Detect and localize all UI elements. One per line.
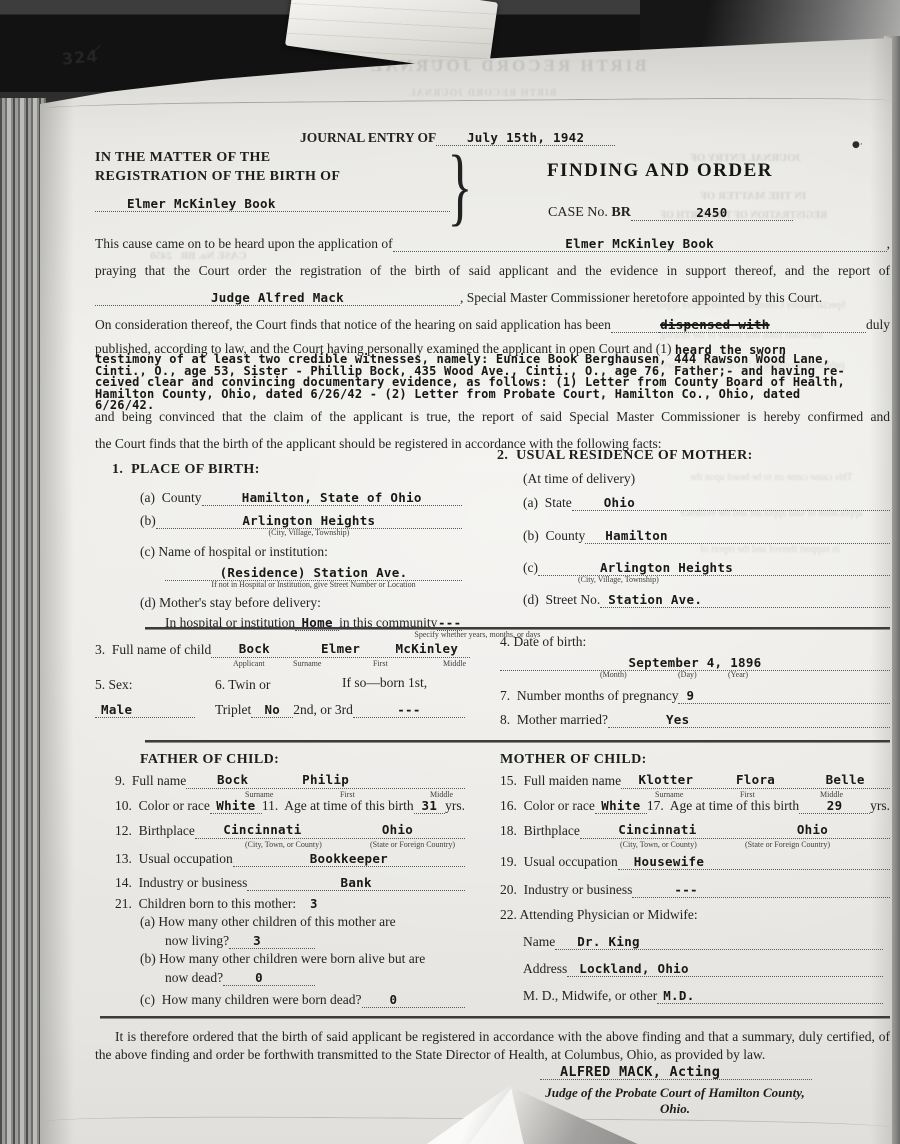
field-father-industry: 14. Industry or business Bank: [115, 873, 465, 891]
ghost-line: This cause came on to be heard upon the: [690, 472, 853, 483]
p1-line: Elmer McKinley Book: [393, 234, 887, 252]
preamble-line1: This cause came on to be heard upon the …: [95, 234, 890, 252]
mother-age-value: 29: [827, 798, 843, 813]
field-mother-name: 15. Full maiden name Klotter Flora Belle…: [500, 771, 890, 789]
child-surname: Bock: [211, 641, 297, 658]
p4-struck-line: dispensed with: [659, 315, 771, 333]
mother-occupation-value: Housewife: [634, 854, 704, 869]
field-sex-value: Male: [95, 700, 195, 718]
applicant-name: Elmer McKinley Book: [127, 196, 276, 211]
divider-rule: [145, 740, 890, 743]
mother-occupation-line: Housewife: [618, 852, 890, 870]
case-number-row: CASE No. BR 2450: [548, 203, 793, 221]
pregnancy-line: 9: [678, 686, 890, 704]
hospital-label: (c) Name of hospital or institution:: [140, 543, 328, 560]
triplet-label: Triplet: [215, 701, 251, 718]
p3-value: Judge Alfred Mack: [211, 290, 344, 305]
hospital-sub: If not in Hospital or Institution, give …: [165, 580, 462, 589]
preamble-line7: the Court finds that the birth of the ap…: [95, 435, 890, 452]
father-birth-city: Cincinnati: [195, 822, 330, 839]
married-line: Yes: [608, 710, 890, 728]
p4-dots2: [771, 315, 866, 333]
p1-comma: ,: [887, 235, 890, 252]
twin-order-value: ---: [397, 702, 420, 717]
field-married: 8. Mother married? Yes: [500, 710, 890, 728]
child-sub-surname: Surname: [293, 659, 321, 668]
mother-race-label: 16. Color or race: [500, 797, 595, 814]
hospital-line: (Residence) Station Ave.If not in Hospit…: [165, 563, 462, 581]
preamble-line4: On consideration thereof, the Court find…: [95, 315, 890, 333]
mother-birth-state: Ohio: [735, 822, 890, 839]
residence-subheading: (At time of delivery): [523, 470, 635, 487]
city-label: (b): [140, 512, 156, 529]
married-value: Yes: [666, 712, 689, 727]
physician-type-label: M. D., Midwife, or other: [523, 987, 657, 1004]
field-children-living: now living? 3: [165, 931, 315, 949]
mother-birth-sub2: (State or Foreign Country): [745, 840, 830, 849]
state-label: (a) State: [523, 494, 572, 511]
child-middle: McKinley: [384, 641, 470, 658]
children-living-line1: (a) How many other children of this moth…: [140, 913, 396, 930]
mother-birthplace-line: Cincinnati Ohio: [580, 821, 890, 839]
father-birthplace-line: Cincinnati Ohio: [195, 821, 465, 839]
father-race-line: White: [210, 796, 262, 814]
res-city-line: Arlington Heights(City, Village, Townshi…: [538, 558, 890, 576]
street-label: (d) Street No.: [523, 591, 600, 608]
case-number-line: 2450: [631, 203, 793, 221]
order-paragraph: It is therefore ordered that the birth o…: [95, 1028, 890, 1064]
physician-address-label: Address: [523, 960, 567, 977]
mother-residence-heading: 2. USUAL RESIDENCE OF MOTHER:: [497, 448, 753, 464]
case-number: 2450: [696, 205, 727, 220]
field-children-dead: now dead? 0: [165, 968, 315, 986]
field-physician-name: Name Dr. King: [523, 932, 883, 950]
signature-line: ALFRED MACK, Acting: [540, 1062, 812, 1080]
mother-name-label: 15. Full maiden name: [500, 772, 621, 789]
city-line: Arlington Heights(City, Village, Townshi…: [156, 511, 462, 529]
mother-age-label: 17. Age at time of this birth: [647, 797, 799, 814]
field-dob: September 4, 1896 (Month) (Day) (Year): [500, 653, 890, 671]
children-living-line: 3: [229, 931, 315, 949]
physician-name-value: Dr. King: [577, 934, 640, 949]
preamble-line3: Judge Alfred Mack , Special Master Commi…: [95, 288, 890, 306]
p1-text: This cause came on to be heard upon the …: [95, 235, 393, 252]
physician-type-value: M.D.: [663, 988, 694, 1003]
place-of-birth-heading: 1. PLACE OF BIRTH:: [112, 462, 260, 478]
child-sub-applicant: Applicant: [233, 659, 265, 668]
county-line: Hamilton, State of Ohio: [202, 488, 463, 506]
mother-birth-sub1: (City, Town, or County): [620, 840, 697, 849]
p4-after: duly: [866, 316, 890, 333]
preamble-line6: and being convinced that the claim of th…: [95, 408, 890, 425]
father-race-label: 10. Color or race: [115, 797, 210, 814]
mother-first: Flora: [711, 772, 801, 789]
field-child-name: 3. Full name of child Bock Elmer McKinle…: [95, 640, 470, 658]
matter-line1: IN THE MATTER OF THE: [95, 150, 271, 166]
born-dead-label: (c) How many children were born dead?: [140, 991, 362, 1008]
mother-industry-line: ---: [632, 880, 890, 898]
children-dead-line: 0: [223, 968, 315, 986]
scanned-journal-page: BIRTH RECORD JOURNAL BIRTH RECORD JOURNA…: [0, 0, 900, 1144]
finding-order-title: FINDING AND ORDER: [525, 160, 795, 182]
dob-line: September 4, 1896 (Month) (Day) (Year): [500, 653, 890, 671]
children-born-value: 3: [310, 897, 317, 911]
res-city-value: Arlington Heights: [600, 560, 733, 575]
child-name-line: Bock Elmer McKinley: [211, 640, 470, 658]
mother-occupation-label: 19. Usual occupation: [500, 853, 618, 870]
father-industry-line: Bank: [247, 873, 465, 891]
state-value: Ohio: [604, 495, 635, 510]
father-age-label: 11. Age at time of this birth: [262, 797, 414, 814]
p4-struck: dispensed with: [660, 317, 770, 332]
physician-name-line: Dr. King: [555, 932, 883, 950]
street-line: Station Ave.: [600, 590, 890, 608]
father-birth-sub1: (City, Town, or County): [245, 840, 322, 849]
dob-sub-day: (Day): [678, 670, 697, 679]
dob-sub-year: (Year): [728, 670, 748, 679]
field-mother-occupation: 19. Usual occupation Housewife: [500, 852, 890, 870]
field-physician-type: M. D., Midwife, or other M.D.: [523, 986, 883, 1004]
pregnancy-label: 7. Number months of pregnancy: [500, 687, 678, 704]
field-city: (b) Arlington Heights(City, Village, Tow…: [140, 511, 462, 529]
ghost-line: IN THE MATTER OF: [700, 190, 806, 202]
typed-testimony-block: testimony of at least two credible witne…: [95, 354, 890, 412]
res-county-value: Hamilton: [605, 528, 668, 543]
field-mother-industry: 20. Industry or business ---: [500, 880, 890, 898]
book-spine-pages: [0, 98, 46, 1144]
journal-entry-label: JOURNAL ENTRY OF: [300, 129, 436, 146]
field-street: (d) Street No. Station Ave.: [523, 590, 890, 608]
applicant-name-line: Elmer McKinley Book: [95, 194, 450, 212]
father-race-value: White: [216, 798, 255, 813]
state-line: Ohio: [572, 493, 890, 511]
preamble-line2: praying that the Court order the registr…: [95, 262, 890, 279]
children-living-value: 3: [253, 933, 261, 948]
mother-middle: Belle: [800, 772, 890, 789]
father-birth-sub2: (State or Foreign Country): [370, 840, 455, 849]
mother-race-line: White: [595, 796, 647, 814]
journal-entry-date: July 15th, 1942: [467, 130, 584, 145]
case-prefix: BR: [611, 204, 630, 221]
married-label: 8. Mother married?: [500, 711, 608, 728]
field-mother-race-age: 16. Color or race White 17. Age at time …: [500, 796, 890, 814]
typed-line: Hamilton County, Ohio, dated 6/26/42 - (…: [95, 389, 890, 401]
father-birth-state: Ohio: [330, 822, 465, 839]
ghost-line: in support thereof and the report of: [700, 544, 840, 555]
field-county: (a) County Hamilton, State of Ohio: [140, 488, 462, 506]
father-middle: [372, 772, 465, 789]
sex-label: 5. Sex:: [95, 676, 133, 693]
father-occupation-value: Bookkeeper: [310, 851, 388, 866]
stay-label: (d) Mother's stay before delivery:: [140, 594, 321, 611]
field-father-name: 9. Full name Bock Philip Surname First M…: [115, 771, 465, 789]
children-dead-label: now dead?: [165, 969, 223, 986]
children-living-label: now living?: [165, 932, 229, 949]
field-twin-value: Triplet No 2nd, or 3rd ---: [215, 700, 465, 718]
twin-order-label2: 2nd, or 3rd: [293, 701, 353, 718]
p3-text: , Special Master Commissioner heretofore…: [460, 289, 822, 306]
field-children-born: 21. Children born to this mother: 3: [115, 895, 465, 912]
physician-type-line: M.D.: [657, 986, 883, 1004]
ghost-subtitle: BIRTH RECORD JOURNAL: [408, 88, 557, 99]
applicant-name-row: Elmer McKinley Book: [95, 194, 450, 212]
children-born-label: 21. Children born to this mother:: [115, 895, 296, 912]
city-sub: (City, Village, Township): [156, 528, 462, 537]
page-number: 324: [61, 46, 99, 68]
field-hospital: (Residence) Station Ave.If not in Hospit…: [165, 563, 462, 581]
matter-line2: REGISTRATION OF THE BIRTH OF: [95, 169, 340, 185]
child-first: Elmer: [297, 641, 383, 658]
street-value: Station Ave.: [608, 592, 702, 607]
born-dead-value: 0: [390, 992, 398, 1007]
father-age-suffix: yrs.: [445, 797, 465, 814]
mother-birth-city: Cincinnati: [580, 822, 735, 839]
twin-order-line: ---: [353, 700, 465, 718]
pregnancy-value: 9: [686, 688, 694, 703]
sex-line: Male: [95, 700, 195, 718]
father-age-line: 31: [414, 796, 446, 814]
p3-line: Judge Alfred Mack: [95, 288, 460, 306]
signature-title: Judge of the Probate Court of Hamilton C…: [530, 1085, 820, 1117]
child-name-label: 3. Full name of child: [95, 641, 211, 658]
field-born-dead: (c) How many children were born dead? 0: [140, 990, 465, 1008]
mother-heading: MOTHER OF CHILD:: [500, 752, 647, 768]
mother-industry-value: ---: [674, 882, 697, 897]
field-state: (a) State Ohio: [523, 493, 890, 511]
father-occupation-line: Bookkeeper: [233, 849, 465, 867]
field-physician-address: Address Lockland, Ohio: [523, 959, 883, 977]
physician-label: 22. Attending Physician or Midwife:: [500, 906, 698, 923]
triplet-line: No: [251, 700, 293, 718]
field-father-race-age: 10. Color or race White 11. Age at time …: [115, 796, 465, 814]
father-age-value: 31: [422, 798, 438, 813]
city-value: Arlington Heights: [242, 513, 375, 528]
father-heading: FATHER OF CHILD:: [140, 752, 279, 768]
physician-address-line: Lockland, Ohio: [567, 959, 883, 977]
p1-value: Elmer McKinley Book: [565, 236, 714, 251]
mother-birthplace-label: 18. Birthplace: [500, 822, 580, 839]
county-label: (a) County: [140, 489, 202, 506]
dob-label: 4. Date of birth:: [500, 633, 586, 650]
mother-surname: Klotter: [621, 772, 711, 789]
father-name-label: 9. Full name: [115, 772, 186, 789]
res-county-label: (b) County: [523, 527, 585, 544]
twin-label: 6. Twin or: [215, 676, 270, 693]
divider-rule: [100, 1016, 890, 1019]
children-dead-value: 0: [255, 970, 263, 985]
signature-row: ALFRED MACK, Acting: [540, 1062, 812, 1080]
field-mother-birthplace: 18. Birthplace Cincinnati Ohio (City, To…: [500, 821, 890, 839]
brace-glyph: }: [447, 135, 472, 236]
triplet-value: No: [264, 702, 280, 717]
ghost-title: BIRTH RECORD JOURNAL: [368, 56, 647, 76]
county-value: Hamilton, State of Ohio: [242, 490, 422, 505]
father-industry-label: 14. Industry or business: [115, 874, 247, 891]
case-label: CASE No.: [548, 204, 611, 221]
mother-age-suffix: yrs.: [870, 797, 890, 814]
dob-sub-month: (Month): [600, 670, 627, 679]
signature-value: ALFRED MACK, Acting: [560, 1064, 720, 1080]
twin-order-label: If so—born 1st,: [342, 674, 427, 691]
mother-race-value: White: [601, 798, 640, 813]
father-birthplace-label: 12. Birthplace: [115, 822, 195, 839]
sex-value: Male: [101, 702, 132, 717]
mother-industry-label: 20. Industry or business: [500, 881, 632, 898]
physician-address-value: Lockland, Ohio: [579, 961, 689, 976]
father-occupation-label: 13. Usual occupation: [115, 850, 233, 867]
field-pregnancy: 7. Number months of pregnancy 9: [500, 686, 890, 704]
mother-age-line: 29: [799, 796, 870, 814]
res-city-sub: (City, Village, Township): [578, 575, 659, 584]
born-dead-line: 0: [362, 990, 465, 1008]
physician-name-label: Name: [523, 933, 555, 950]
father-industry-value: Bank: [341, 875, 372, 890]
field-res-county: (b) County Hamilton: [523, 526, 890, 544]
dob-value: September 4, 1896: [628, 655, 761, 670]
child-sub-first: First: [373, 659, 388, 668]
child-sub-middle: Middle: [443, 659, 466, 668]
p4-dots1: [611, 315, 659, 333]
field-father-birthplace: 12. Birthplace Cincinnati Ohio (City, To…: [115, 821, 465, 839]
ink-mark: ●·: [852, 140, 863, 150]
mother-name-line: Klotter Flora Belle: [621, 771, 890, 789]
field-res-city: (c) Arlington Heights(City, Village, Tow…: [523, 558, 890, 576]
field-father-occupation: 13. Usual occupation Bookkeeper: [115, 849, 465, 867]
p4-text: On consideration thereof, the Court find…: [95, 316, 611, 333]
res-county-line: Hamilton: [585, 526, 890, 544]
divider-rule: [145, 627, 890, 630]
father-name-line: Bock Philip: [186, 771, 465, 789]
father-first: Philip: [279, 772, 372, 789]
father-surname: Bock: [186, 772, 279, 789]
res-city-label: (c): [523, 559, 538, 576]
children-dead-line1: (b) How many other children were born al…: [140, 950, 425, 967]
hospital-value: (Residence) Station Ave.: [220, 565, 408, 580]
